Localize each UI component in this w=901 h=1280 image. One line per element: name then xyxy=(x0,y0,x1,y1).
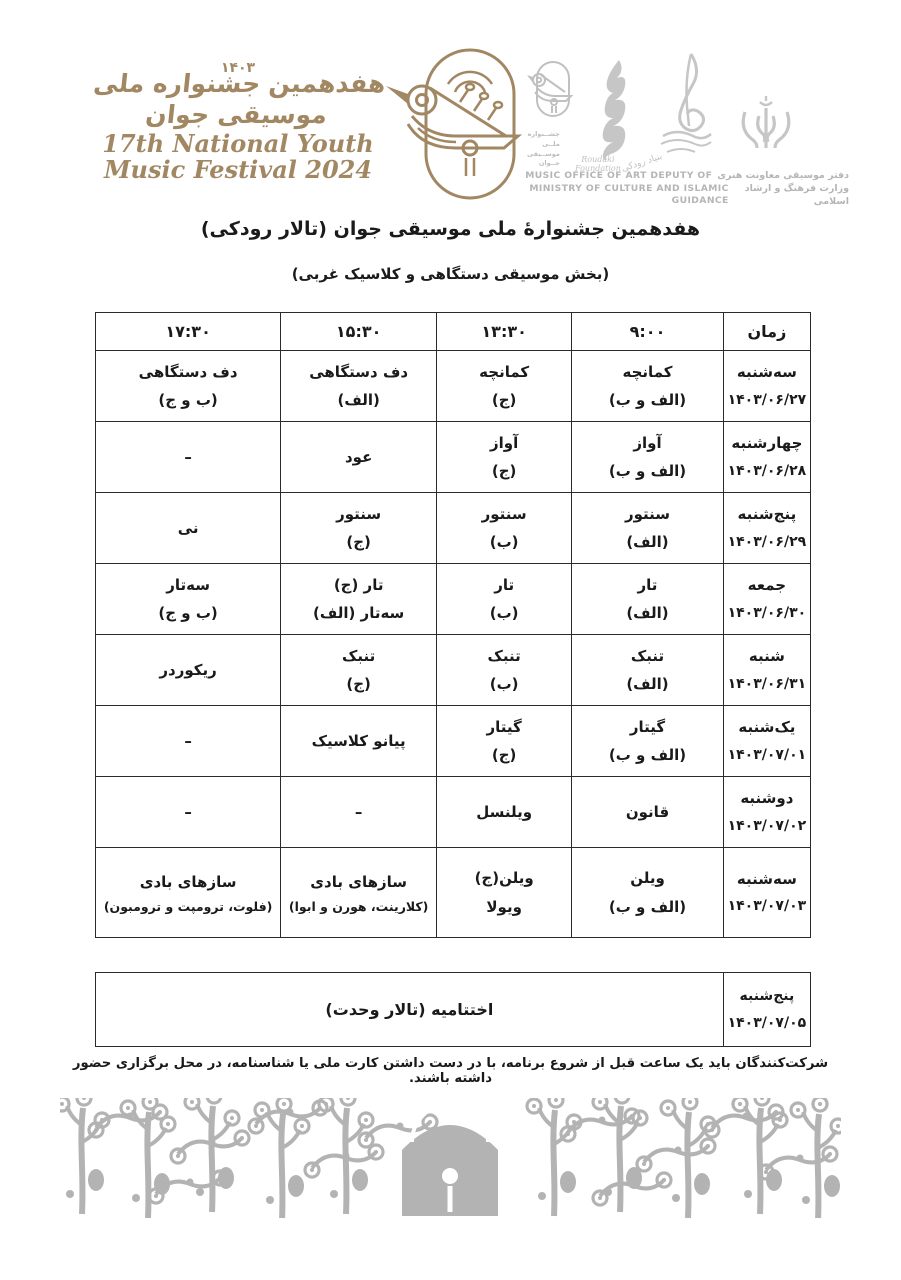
schedule-cell: – xyxy=(281,777,437,848)
schedule-table: زمان ۹:۰۰ ۱۳:۳۰ ۱۵:۳۰ ۱۷:۳۰ سه‌شنبه۱۴۰۳/… xyxy=(95,312,811,938)
schedule-cell: کمانچه(ج) xyxy=(437,351,572,422)
schedule-cell: دف دستگاهی(الف) xyxy=(281,351,437,422)
ministry-english-line1: MUSIC OFFICE OF ART DEPUTY OF xyxy=(525,170,712,182)
schedule-row: چهارشنبه۱۴۰۳/۰۶/۲۸ آواز(الف و ب) آواز(ج)… xyxy=(96,422,811,493)
ministry-persian-line2: وزارت فرهنگ و ارشاد اسلامی xyxy=(734,183,849,209)
schedule-cell: ویلنسل xyxy=(437,777,572,848)
column-header-0900: ۹:۰۰ xyxy=(572,313,724,351)
schedule-row: جمعه۱۴۰۳/۰۶/۳۰ تار(الف) تار(ب) تار (ج)سه… xyxy=(96,564,811,635)
treble-clef-icon xyxy=(657,52,717,156)
schedule-cell: پیانو کلاسیک xyxy=(281,706,437,777)
schedule-cell: گیتار(الف و ب) xyxy=(572,706,724,777)
closing-row: پنج‌شنبه ۱۴۰۳/۰۷/۰۵ اختتامیه (تالار وحدت… xyxy=(96,973,811,1047)
schedule-cell: سنتور(ج) xyxy=(281,493,437,564)
schedule-cell: دف دستگاهی(ب و ج) xyxy=(96,351,281,422)
page-subtitle: (بخش موسیقی دستگاهی و کلاسیک غربی) xyxy=(0,265,901,283)
schedule-cell: تنبک(الف) xyxy=(572,635,724,706)
closing-label: اختتامیه (تالار وحدت) xyxy=(325,1000,493,1019)
schedule-header-row: زمان ۹:۰۰ ۱۳:۳۰ ۱۵:۳۰ ۱۷:۳۰ xyxy=(96,313,811,351)
schedule-row: سه‌شنبه۱۴۰۳/۰۶/۲۷ کمانچه(الف و ب) کمانچه… xyxy=(96,351,811,422)
schedule-cell: تار(الف) xyxy=(572,564,724,635)
day-cell: جمعه۱۴۰۳/۰۶/۳۰ xyxy=(723,564,810,635)
day-cell: یک‌شنبه۱۴۰۳/۰۷/۰۱ xyxy=(723,706,810,777)
schedule-cell: – xyxy=(96,422,281,493)
day-cell: سه‌شنبه۱۴۰۳/۰۷/۰۳ xyxy=(723,848,810,938)
day-cell: شنبه۱۴۰۳/۰۶/۳۱ xyxy=(723,635,810,706)
schedule-row: یک‌شنبه۱۴۰۳/۰۷/۰۱ گیتار(الف و ب) گیتار(ج… xyxy=(96,706,811,777)
footer-note: شرکت‌کنندگان باید یک ساعت قبل از شروع بر… xyxy=(56,1056,845,1086)
schedule-row: شنبه۱۴۰۳/۰۶/۳۱ تنبک(الف) تنبک(ب) تنبک(ج)… xyxy=(96,635,811,706)
festival-logo: ۱۴۰۳ هفدهمین جشنواره ملی موسیقی جوان 17t… xyxy=(88,60,388,184)
schedule-cell: گیتار(ج) xyxy=(437,706,572,777)
column-header-1330: ۱۳:۳۰ xyxy=(437,313,572,351)
schedule-row: سه‌شنبه۱۴۰۳/۰۷/۰۳ ویلن(الف و ب) ویلن(ج)و… xyxy=(96,848,811,938)
schedule-row: پنج‌شنبه۱۴۰۳/۰۶/۲۹ سنتور(الف) سنتور(ب) س… xyxy=(96,493,811,564)
column-header-time: زمان xyxy=(723,313,810,351)
schedule-cell: آواز(الف و ب) xyxy=(572,422,724,493)
closing-day-cell: پنج‌شنبه ۱۴۰۳/۰۷/۰۵ xyxy=(723,973,810,1047)
schedule-cell: ریکوردر xyxy=(96,635,281,706)
festival-english-line2: Music Festival 2024 xyxy=(88,157,388,184)
schedule-cell: کمانچه(الف و ب) xyxy=(572,351,724,422)
festival-mini-icon xyxy=(525,60,577,126)
festival-mini-caption: جشــنواره ملــی موســیقی جــوان xyxy=(527,130,560,169)
header-logos: ۱۴۰۳ هفدهمین جشنواره ملی موسیقی جوان 17t… xyxy=(60,42,849,210)
iran-emblem-icon xyxy=(737,94,795,160)
day-cell: سه‌شنبه۱۴۰۳/۰۶/۲۷ xyxy=(723,351,810,422)
schedule-cell: قانون xyxy=(572,777,724,848)
schedule-cell: تار (ج)سه‌تار (الف) xyxy=(281,564,437,635)
schedule-cell: سنتور(ب) xyxy=(437,493,572,564)
schedule-cell: سازهای بادی(کلارینت، هورن و ابوا) xyxy=(281,848,437,938)
closing-day: پنج‌شنبه xyxy=(726,983,808,1010)
partner-logos: جشــنواره ملــی موســیقی جــوان Roudaki … xyxy=(519,52,849,210)
ornament-pattern-icon xyxy=(60,1098,841,1218)
day-cell: چهارشنبه۱۴۰۳/۰۶/۲۸ xyxy=(723,422,810,493)
bird-logo-icon xyxy=(378,44,528,206)
schedule-cell: – xyxy=(96,777,281,848)
roudaki-flame-icon xyxy=(597,60,637,160)
column-header-1530: ۱۵:۳۰ xyxy=(281,313,437,351)
schedule-row: دوشنبه۱۴۰۳/۰۷/۰۲ قانون ویلنسل – – xyxy=(96,777,811,848)
ministry-persian-line1: دفتر موسیقی معاونت هنری xyxy=(717,170,849,183)
schedule-cell: تنبک(ب) xyxy=(437,635,572,706)
closing-label-cell: اختتامیه (تالار وحدت) xyxy=(96,973,724,1047)
schedule-cell: تار(ب) xyxy=(437,564,572,635)
document-page: ۱۴۰۳ هفدهمین جشنواره ملی موسیقی جوان 17t… xyxy=(0,0,901,1280)
schedule-cell: – xyxy=(96,706,281,777)
festival-english-line1: 17th National Youth xyxy=(88,131,388,158)
schedule-cell: عود xyxy=(281,422,437,493)
festival-persian-title: هفدهمین جشنواره ملی موسیقی جوان xyxy=(85,68,392,131)
schedule-cell: ویلن(الف و ب) xyxy=(572,848,724,938)
schedule-cell: سنتور(الف) xyxy=(572,493,724,564)
page-title: هفدهمین جشنوارهٔ ملی موسیقی جوان (تالار … xyxy=(0,218,901,240)
schedule-cell: سازهای بادی(فلوت، ترومپت و ترومبون) xyxy=(96,848,281,938)
closing-table: پنج‌شنبه ۱۴۰۳/۰۷/۰۵ اختتامیه (تالار وحدت… xyxy=(95,972,811,1047)
column-header-1730: ۱۷:۳۰ xyxy=(96,313,281,351)
schedule-cell: ویلن(ج)ویولا xyxy=(437,848,572,938)
schedule-cell: تنبک(ج) xyxy=(281,635,437,706)
day-cell: دوشنبه۱۴۰۳/۰۷/۰۲ xyxy=(723,777,810,848)
schedule-cell: آواز(ج) xyxy=(437,422,572,493)
closing-date: ۱۴۰۳/۰۷/۰۵ xyxy=(726,1010,808,1037)
ministry-text-block: MUSIC OFFICE OF ART DEPUTY OF دفتر موسیق… xyxy=(519,170,849,208)
schedule-cell: سه‌تار(ب و ج) xyxy=(96,564,281,635)
schedule-cell: نی xyxy=(96,493,281,564)
day-cell: پنج‌شنبه۱۴۰۳/۰۶/۲۹ xyxy=(723,493,810,564)
ministry-english-line2: MINISTRY OF CULTURE AND ISLAMIC GUIDANCE xyxy=(519,183,729,208)
